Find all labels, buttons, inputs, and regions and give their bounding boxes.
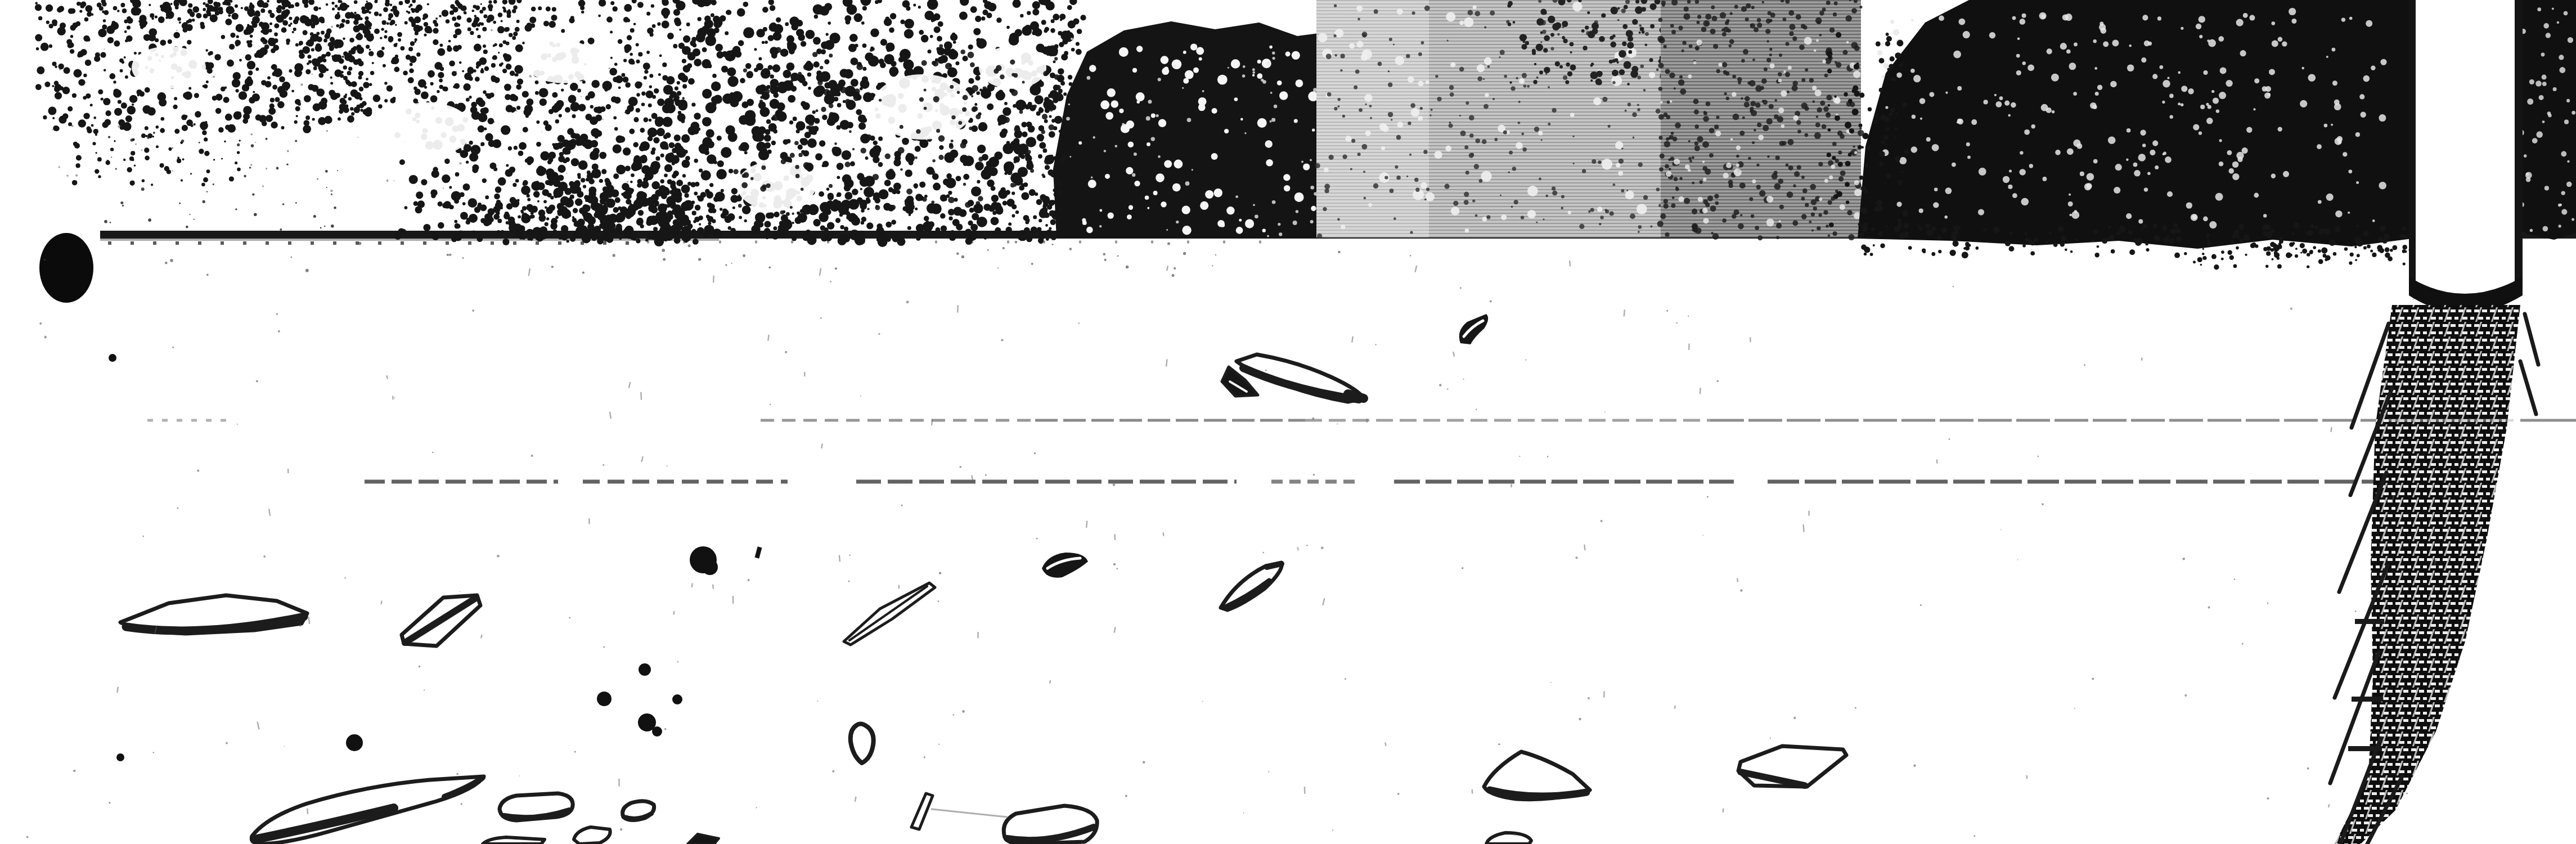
debris-shard-rounded-rect [500, 793, 573, 820]
white-pole [2409, 0, 2523, 313]
pole-left-edge [2409, 0, 2416, 293]
scene-svg [0, 0, 2576, 844]
debris-shard-teardrop [851, 724, 874, 764]
ink-blob [39, 233, 93, 303]
foliage-dark-mass-right [1858, 0, 2412, 249]
pole-body [2415, 0, 2516, 304]
pole-right-edge [2515, 0, 2523, 295]
foliage-halftone-highlight [1316, 0, 1429, 237]
debris-shard-pentagon [1004, 806, 1097, 844]
debris-shard-small-oval [623, 801, 654, 820]
wall-edge-shadow [100, 239, 719, 241]
manga-panel [0, 0, 2576, 844]
